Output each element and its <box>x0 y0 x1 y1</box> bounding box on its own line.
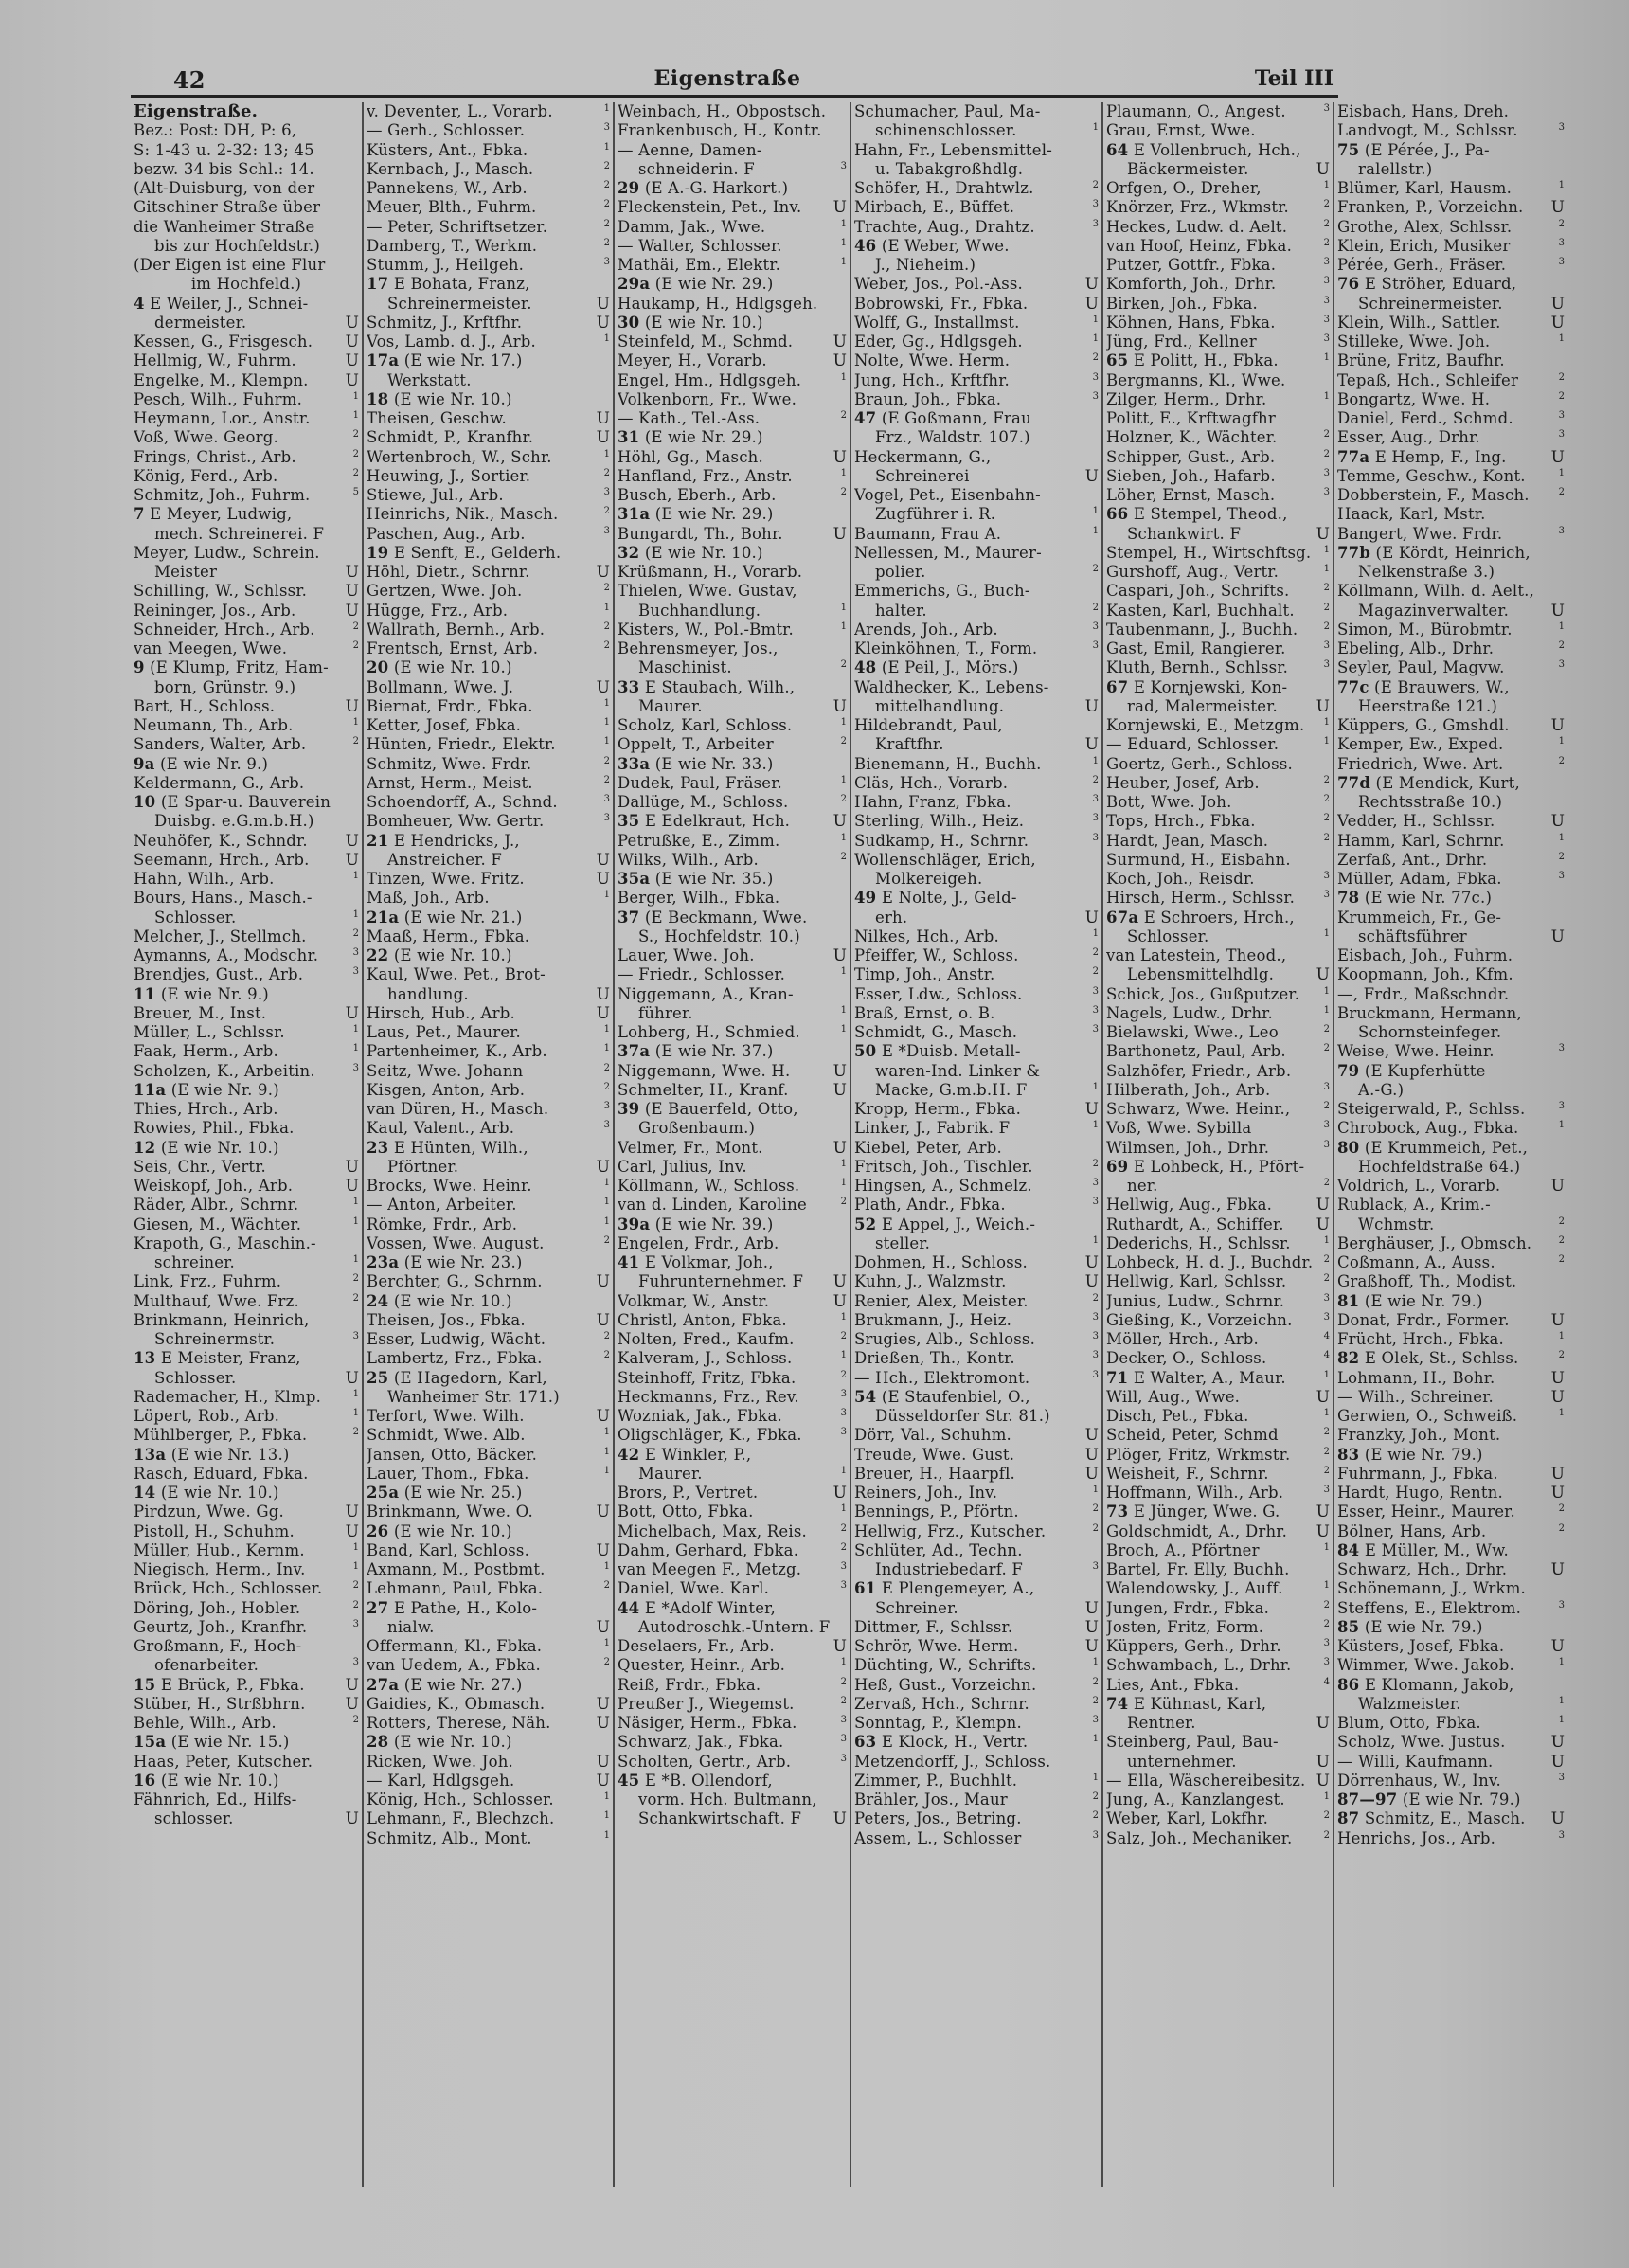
entry-text: 27a (E wie Nr. 27.) <box>367 1676 610 1695</box>
entry-text: S., Hochfeldstr. 10.) <box>618 927 847 946</box>
directory-entry: Eisbach, Hans, Dreh. <box>1337 102 1565 121</box>
directory-entry: Rowies, Phil., Fbka. <box>134 1119 359 1138</box>
directory-entry: ofenarbeiter.3 <box>134 1656 359 1675</box>
directory-entry: — Gerh., Schlosser.3 <box>367 121 610 140</box>
directory-entry: 28 (E wie Nr. 10.) <box>367 1733 610 1752</box>
entry-text: Wolff, G., Installmst. <box>854 314 1085 333</box>
entry-text: Molkereigeh. <box>854 870 1099 889</box>
directory-entry: Buchhandlung.1 <box>618 602 847 621</box>
entry-text: 85 (E wie Nr. 79.) <box>1337 1618 1565 1637</box>
entry-text: (Alt-Duisburg, von der <box>134 179 359 198</box>
directory-entry: — Willi, Kaufmann.U <box>1337 1753 1565 1772</box>
directory-entry: Stiewe, Jul., Arb.3 <box>367 486 610 505</box>
floor-marker: 3 <box>1316 333 1330 346</box>
directory-entry: Fähnrich, Ed., Hilfs- <box>134 1791 359 1809</box>
directory-entry: 17 E Bohata, Franz, <box>367 275 610 294</box>
entry-text: Küppers, Gerh., Drhr. <box>1106 1637 1316 1656</box>
floor-marker: 2 <box>1316 448 1330 461</box>
floor-marker: 1 <box>833 965 847 979</box>
directory-entry: — Hch., Elektromont.3 <box>854 1369 1099 1388</box>
floor-marker: 3 <box>597 121 610 135</box>
directory-entry: Holzner, K., Wächter.2 <box>1106 428 1330 447</box>
floor-marker: 2 <box>1085 946 1099 960</box>
directory-entry: Orfgen, O., Dreher,1 <box>1106 179 1330 198</box>
directory-entry: Hochfeldstraße 64.) <box>1337 1158 1565 1177</box>
directory-entry: Bielawski, Wwe., Leo2 <box>1106 1023 1330 1042</box>
entry-text: 49 E Nolte, J., Geld- <box>854 889 1099 908</box>
entry-text: Mirbach, E., Büffet. <box>854 198 1085 217</box>
directory-entry: Großenbaum.) <box>618 1119 847 1138</box>
directory-entry: 16 (E wie Nr. 10.) <box>134 1772 359 1791</box>
directory-entry: Weber, Karl, Lokfhr.2 <box>1106 1809 1330 1828</box>
directory-entry: Fleckenstein, Pet., Inv.U <box>618 198 847 217</box>
entry-text: Müller, Hub., Kernm. <box>134 1541 346 1560</box>
directory-entry: Politt, E., Krftwagfhr <box>1106 409 1330 428</box>
entry-text: Barthonetz, Paul, Arb. <box>1106 1042 1316 1061</box>
status-marker: U <box>346 832 359 851</box>
directory-entry: Salzhöfer, Friedr., Arb. <box>1106 1062 1330 1081</box>
floor-marker: 1 <box>833 1177 847 1190</box>
entry-text: Jüng, Frd., Kellner <box>1106 333 1316 351</box>
status-marker: U <box>1551 1809 1565 1828</box>
entry-text: Dohmen, H., Schloss. <box>854 1253 1085 1272</box>
entry-text: 12 (E wie Nr. 10.) <box>134 1139 359 1158</box>
entry-text: Zimmer, P., Buchhlt. <box>854 1772 1085 1791</box>
directory-entry: Zugführer i. R.1 <box>854 505 1099 524</box>
entry-text: Duisbg. e.G.m.b.H.) <box>134 812 359 831</box>
directory-entry: Daniel, Wwe. Karl.3 <box>618 1579 847 1598</box>
floor-marker: 3 <box>1551 121 1565 135</box>
directory-entry: Giesen, M., Wächter.1 <box>134 1215 359 1234</box>
floor-marker: 2 <box>1316 621 1330 634</box>
entry-text: Busch, Eberh., Arb. <box>618 486 833 505</box>
entry-text: 29a (E wie Nr. 29.) <box>618 275 847 294</box>
floor-marker: 3 <box>1551 1829 1565 1843</box>
entry-text: — Ella, Wäschereibesitz. <box>1106 1772 1316 1791</box>
directory-entry: Band, Karl, Schloss.U <box>367 1541 610 1560</box>
entry-text: Daniel, Ferd., Schmd. <box>1337 409 1551 428</box>
entry-text: Paschen, Aug., Arb. <box>367 525 597 544</box>
directory-entry: Melcher, J., Stellmch.2 <box>134 927 359 946</box>
entry-text: Kornjewski, E., Metzgm. <box>1106 716 1316 735</box>
entry-text: Haas, Peter, Kutscher. <box>134 1753 359 1772</box>
entry-text: 41 E Volkmar, Joh., <box>618 1253 847 1272</box>
directory-entry: Caspari, Joh., Schrifts.2 <box>1106 582 1330 601</box>
directory-entry: Seis, Chr., Vertr.U <box>134 1158 359 1177</box>
directory-entry: Maaß, Herm., Fbka. <box>367 927 610 946</box>
floor-marker: 2 <box>1551 755 1565 768</box>
status-marker: U <box>597 563 610 582</box>
entry-text: 77d (E Mendick, Kurt, <box>1337 774 1565 793</box>
floor-marker: 2 <box>1551 218 1565 231</box>
status-marker: U <box>346 1809 359 1828</box>
directory-entry: Thielen, Wwe. Gustav, <box>618 582 847 601</box>
directory-entry: Temme, Geschw., Kont.1 <box>1337 467 1565 486</box>
floor-marker: 1 <box>597 1177 610 1190</box>
floor-marker: 1 <box>833 1503 847 1516</box>
directory-entry: Bongartz, Wwe. H.2 <box>1337 390 1565 409</box>
directory-entry: Bez.: Post: DH, P: 6, <box>134 121 359 140</box>
directory-entry: unternehmer.U <box>1106 1753 1330 1772</box>
directory-entry: —, Frdr., Maßschndr. <box>1337 985 1565 1004</box>
floor-marker: 3 <box>597 525 610 538</box>
directory-entry: Stilleke, Wwe. Joh.1 <box>1337 333 1565 351</box>
directory-entry: Hilberath, Joh., Arb.3 <box>1106 1081 1330 1100</box>
directory-entry: Lehmann, Paul, Fbka.2 <box>367 1579 610 1598</box>
directory-entry: Scholz, Karl, Schloss.1 <box>618 716 847 735</box>
directory-entry: Autodroschk.-Untern. F <box>618 1618 847 1637</box>
directory-entry: handlung.U <box>367 985 610 1004</box>
directory-entry: Kemper, Ew., Exped.1 <box>1337 735 1565 754</box>
entry-text: Wchmstr. <box>1337 1215 1551 1234</box>
directory-entry: Goertz, Gerh., Schloss. <box>1106 755 1330 774</box>
directory-entry: A.-G.) <box>1337 1081 1565 1100</box>
entry-text: Wollenschläger, Erich, <box>854 851 1099 870</box>
directory-entry: Köllmann, Wilh. d. Aelt., <box>1337 582 1565 601</box>
entry-text: — Willi, Kaufmann. <box>1337 1753 1551 1772</box>
entry-text: Hellwig, Aug., Fbka. <box>1106 1196 1316 1215</box>
entry-text: Kaul, Valent., Arb. <box>367 1119 597 1138</box>
directory-entry: Chrobock, Aug., Fbka.1 <box>1337 1119 1565 1138</box>
floor-marker: 2 <box>1085 602 1099 615</box>
entry-text: Nelkenstraße 3.) <box>1337 563 1565 582</box>
status-marker: U <box>833 448 847 467</box>
directory-entry: Dudek, Paul, Fräser.1 <box>618 774 847 793</box>
entry-text: Bangert, Wwe. Frdr. <box>1337 525 1551 544</box>
status-marker: U <box>1551 1369 1565 1388</box>
entry-text: Kiebel, Peter, Arb. <box>854 1139 1099 1158</box>
entry-text: 23a (E wie Nr. 23.) <box>367 1253 610 1272</box>
entry-text: Schmitz, Wwe. Frdr. <box>367 755 597 774</box>
directory-entry: 21a (E wie Nr. 21.) <box>367 909 610 927</box>
entry-text: Hochfeldstraße 64.) <box>1337 1158 1565 1177</box>
status-marker: U <box>346 333 359 351</box>
entry-text: Brück, Hch., Schlosser. <box>134 1579 346 1598</box>
entry-text: Koopmann, Joh., Kfm. <box>1337 965 1565 984</box>
directory-entry: 81 (E wie Nr. 79.) <box>1337 1292 1565 1311</box>
floor-marker: 1 <box>346 716 359 729</box>
floor-marker: 2 <box>1551 639 1565 653</box>
floor-marker: 2 <box>597 582 610 595</box>
entry-text: Fleckenstein, Pet., Inv. <box>618 198 833 217</box>
directory-entry: Nilkes, Hch., Arb.1 <box>854 927 1099 946</box>
floor-marker: 3 <box>1551 409 1565 423</box>
entry-text: S: 1-43 u. 2-32: 13; 45 <box>134 141 359 160</box>
directory-entry: Engelen, Frdr., Arb. <box>618 1234 847 1253</box>
directory-entry: Vedder, H., Schlssr.U <box>1337 812 1565 831</box>
entry-text: Steffens, E., Elektrom. <box>1337 1599 1551 1618</box>
entry-text: Wallrath, Bernh., Arb. <box>367 621 597 639</box>
status-marker: U <box>833 351 847 370</box>
directory-entry: Reiners, Joh., Inv.1 <box>854 1484 1099 1503</box>
floor-marker: 2 <box>833 1196 847 1209</box>
entry-text: Schwarz, Hch., Drhr. <box>1337 1560 1551 1579</box>
entry-text: Thies, Hrch., Arb. <box>134 1100 359 1119</box>
directory-entry: v. Deventer, L., Vorarb.1 <box>367 102 610 121</box>
directory-entry: Grau, Ernst, Wwe. <box>1106 121 1330 140</box>
directory-entry: 27 E Pathe, H., Kolo- <box>367 1599 610 1618</box>
entry-text: Kaul, Wwe. Pet., Brot- <box>367 965 610 984</box>
directory-entry: 49 E Nolte, J., Geld- <box>854 889 1099 908</box>
entry-text: Pirdzun, Wwe. Gg. <box>134 1503 346 1521</box>
floor-marker: 2 <box>1316 1042 1330 1055</box>
directory-entry: mech. Schreinerei. F <box>134 525 359 544</box>
directory-entry: Arnst, Herm., Meist.2 <box>367 774 610 793</box>
directory-entry: König, Ferd., Arb.2 <box>134 467 359 486</box>
entry-text: Voß, Wwe. Sybilla <box>1106 1119 1316 1138</box>
entry-text: Theisen, Geschw. <box>367 409 597 428</box>
floor-marker: 1 <box>597 1215 610 1229</box>
status-marker: U <box>833 1809 847 1828</box>
directory-entry: Michelbach, Max, Reis.2 <box>618 1522 847 1541</box>
directory-entry: Bruckmann, Hermann, <box>1337 1004 1565 1023</box>
entry-text: 77b (E Kördt, Heinrich, <box>1337 544 1565 563</box>
directory-entry: Kiebel, Peter, Arb. <box>854 1139 1099 1158</box>
directory-entry: im Hochfeld.) <box>134 275 359 294</box>
directory-entry: Hellwig, Frz., Kutscher.2 <box>854 1522 1099 1541</box>
entry-text: Heß, Gust., Vorzeichn. <box>854 1676 1085 1695</box>
entry-text: van Latestein, Theod., <box>1106 946 1330 965</box>
entry-text: 76 E Ströher, Eduard, <box>1337 275 1565 294</box>
directory-entry: Heuwing, J., Sortier.2 <box>367 467 610 486</box>
floor-marker: 1 <box>597 1042 610 1055</box>
directory-entry: Lehmann, F., Blechzch.1 <box>367 1809 610 1828</box>
directory-entry: 4 E Weiler, J., Schnei- <box>134 295 359 314</box>
directory-entry: Frz., Waldstr. 107.) <box>854 428 1099 447</box>
floor-marker: 1 <box>1316 1791 1330 1804</box>
directory-entry: Scholten, Gertr., Arb.3 <box>618 1753 847 1772</box>
entry-text: Donat, Frdr., Former. <box>1337 1311 1551 1330</box>
floor-marker: 3 <box>1551 1599 1565 1612</box>
directory-entry: 87 Schmitz, E., Masch.U <box>1337 1809 1565 1828</box>
floor-marker: 2 <box>1316 774 1330 787</box>
directory-entry: Hellmig, W., Fuhrm.U <box>134 351 359 370</box>
entry-text: Breuer, H., Haarpfl. <box>854 1465 1085 1484</box>
directory-entry: Bangert, Wwe. Frdr.3 <box>1337 525 1565 544</box>
entry-text: Zugführer i. R. <box>854 505 1085 524</box>
entry-text: Brüne, Fritz, Baufhr. <box>1337 351 1565 370</box>
directory-entry: Müller, L., Schlssr.1 <box>134 1023 359 1042</box>
directory-entry: Kasten, Karl, Buchhalt.2 <box>1106 602 1330 621</box>
status-marker: U <box>1085 1618 1099 1637</box>
directory-entry: Wchmstr.2 <box>1337 1215 1565 1234</box>
status-marker: U <box>346 602 359 621</box>
directory-entry: Faak, Herm., Arb.1 <box>134 1042 359 1061</box>
entry-text: 48 (E Peil, J., Mörs.) <box>854 658 1099 677</box>
floor-marker: 3 <box>1316 639 1330 653</box>
entry-text: Ricken, Wwe. Joh. <box>367 1753 597 1772</box>
directory-entry: Petrußke, E., Zimm.1 <box>618 832 847 851</box>
directory-entry: Höhl, Dietr., Schrnr.U <box>367 563 610 582</box>
entry-text: Rechtsstraße 10.) <box>1337 793 1565 812</box>
entry-text: Bez.: Post: DH, P: 6, <box>134 121 359 140</box>
directory-entry: Schankwirt. FU <box>1106 525 1330 544</box>
column-4: Schumacher, Paul, Ma-schinenschlosser.1H… <box>850 102 1101 2187</box>
floor-marker: 2 <box>1085 1158 1099 1171</box>
directory-entry: Gertzen, Wwe. Joh.2 <box>367 582 610 601</box>
page-header: 42 Eigenstraße Teil III <box>131 59 1324 97</box>
status-marker: U <box>1551 314 1565 333</box>
status-marker: U <box>1551 1177 1565 1196</box>
running-title: Eigenstraße <box>131 66 1324 91</box>
directory-entry: Vos, Lamb. d. J., Arb.1 <box>367 333 610 351</box>
floor-marker: 1 <box>1551 1714 1565 1727</box>
entry-text: Voß, Wwe. Georg. <box>134 428 346 447</box>
scanned-page: 42 Eigenstraße Teil III Eigenstraße.Bez.… <box>0 0 1629 2268</box>
directory-entry: Klein, Erich, Musiker3 <box>1337 237 1565 256</box>
status-marker: U <box>1316 525 1330 544</box>
entry-text: Köllmann, Wilh. d. Aelt., <box>1337 582 1565 601</box>
floor-marker: 1 <box>1085 1081 1099 1094</box>
directory-entry: 42 E Winkler, P., <box>618 1446 847 1465</box>
directory-entry: die Wanheimer Straße <box>134 218 359 237</box>
entry-text: Räder, Albr., Schrnr. <box>134 1196 346 1215</box>
directory-entry: Kaul, Valent., Arb.3 <box>367 1119 610 1138</box>
entry-text: Engel, Hm., Hdlgsgeh. <box>618 371 833 390</box>
entry-text: Assem, L., Schlosser <box>854 1829 1085 1848</box>
floor-marker: 1 <box>1085 1772 1099 1785</box>
directory-entry: Breuer, M., Inst.U <box>134 1004 359 1023</box>
entry-text: Heckmanns, Frz., Rev. <box>618 1388 833 1407</box>
status-marker: U <box>1551 716 1565 735</box>
entry-text: Weise, Wwe. Heinr. <box>1337 1042 1551 1061</box>
directory-entry: schinenschlosser.1 <box>854 121 1099 140</box>
directory-entry: Hahn, Franz, Fbka.3 <box>854 793 1099 812</box>
directory-entry: Offermann, Kl., Fbka.1 <box>367 1637 610 1656</box>
directory-entry: Scheid, Peter, Schmd2 <box>1106 1426 1330 1445</box>
entry-text: Hellwig, Frz., Kutscher. <box>854 1522 1085 1541</box>
directory-entry: Vogel, Pet., Eisenbahn- <box>854 486 1099 505</box>
directory-entry: 39a (E wie Nr. 39.) <box>618 1215 847 1234</box>
entry-text: 35 E Edelkraut, Hch. <box>618 812 833 831</box>
floor-marker: 2 <box>346 1714 359 1727</box>
entry-text: Klein, Erich, Musiker <box>1337 237 1551 256</box>
directory-entry: van Uedem, A., Fbka.2 <box>367 1656 610 1675</box>
entry-text: im Hochfeld.) <box>134 275 359 294</box>
status-marker: U <box>1316 1522 1330 1541</box>
floor-marker: 3 <box>1085 1330 1099 1343</box>
entry-text: Scheid, Peter, Schmd <box>1106 1426 1316 1445</box>
entry-text: Kasten, Karl, Buchhalt. <box>1106 602 1316 621</box>
directory-entry: Niggemann, Wwe. H.U <box>618 1062 847 1081</box>
status-marker: U <box>346 314 359 333</box>
floor-marker: 3 <box>1551 1042 1565 1055</box>
floor-marker: 1 <box>1316 1369 1330 1382</box>
entry-text: Brukmann, J., Heiz. <box>854 1311 1085 1330</box>
floor-marker: 2 <box>597 1081 610 1094</box>
directory-entry: Müller, Hub., Kernm.1 <box>134 1541 359 1560</box>
entry-text: 22 (E wie Nr. 10.) <box>367 946 610 965</box>
entry-text: 21 E Hendricks, J., <box>367 832 610 851</box>
directory-entry: Esser, Aug., Drhr.3 <box>1337 428 1565 447</box>
floor-marker: 1 <box>833 774 847 787</box>
status-marker: U <box>833 1062 847 1081</box>
entry-text: — Aenne, Damen- <box>618 141 847 160</box>
entry-text: Thielen, Wwe. Gustav, <box>618 582 847 601</box>
directory-entry: steller.1 <box>854 1234 1099 1253</box>
status-marker: U <box>1551 1637 1565 1656</box>
directory-entry: 33 E Staubach, Wilh., <box>618 678 847 697</box>
floor-marker: 2 <box>597 755 610 768</box>
directory-entry: Schlosser.1 <box>1106 927 1330 946</box>
status-marker: U <box>1551 1753 1565 1772</box>
floor-marker: 1 <box>833 716 847 729</box>
entry-text: Köllmann, W., Schloss. <box>618 1177 833 1196</box>
floor-marker: 3 <box>1551 256 1565 269</box>
entry-text: Schmidt, P., Kranfhr. <box>367 428 597 447</box>
status-marker: U <box>833 525 847 544</box>
directory-entry: schlosser.U <box>134 1809 359 1828</box>
entry-text: Schornsteinfeger. <box>1337 1023 1565 1042</box>
floor-marker: 3 <box>1551 658 1565 672</box>
floor-marker: 1 <box>1085 1733 1099 1746</box>
entry-text: Hoffmann, Wilh., Arb. <box>1106 1484 1316 1503</box>
directory-entry: Bours, Hans., Masch.- <box>134 889 359 908</box>
directory-entry: rad, Malermeister.U <box>1106 697 1330 716</box>
entry-text: Deselaers, Fr., Arb. <box>618 1637 833 1656</box>
floor-marker: 3 <box>1085 218 1099 231</box>
entry-text: 15 E Brück, P., Fbka. <box>134 1676 346 1695</box>
directory-entry: 76 E Ströher, Eduard, <box>1337 275 1565 294</box>
directory-entry: Tinzen, Wwe. Fritz.U <box>367 870 610 889</box>
directory-entry: van Meegen F., Metzg.3 <box>618 1560 847 1579</box>
entry-text: Brors, P., Vertret. <box>618 1484 833 1503</box>
directory-entry: Möller, Hrch., Arb.4 <box>1106 1330 1330 1349</box>
directory-entry: Wallrath, Bernh., Arb.2 <box>367 621 610 639</box>
entry-text: 17 E Bohata, Franz, <box>367 275 610 294</box>
directory-entry: Lambertz, Frz., Fbka.2 <box>367 1349 610 1368</box>
floor-marker: 2 <box>346 927 359 941</box>
entry-text: Schmitz, J., Krftfhr. <box>367 314 597 333</box>
entry-text: 74 E Kühnast, Karl, <box>1106 1695 1330 1714</box>
entry-text: Buchhandlung. <box>618 602 833 621</box>
floor-marker: 1 <box>1316 544 1330 557</box>
directory-entry: Bart, H., Schloss.U <box>134 697 359 716</box>
entry-text: 7 E Meyer, Ludwig, <box>134 505 359 524</box>
directory-entry: Wilmsen, Joh., Drhr.3 <box>1106 1139 1330 1158</box>
directory-entry: Salz, Joh., Mechaniker.2 <box>1106 1829 1330 1848</box>
directory-entry: Weber, Jos., Pol.-Ass.U <box>854 275 1099 294</box>
directory-entry: Nellessen, M., Maurer- <box>854 544 1099 563</box>
directory-entry: Schmitz, Wwe. Frdr.2 <box>367 755 610 774</box>
floor-marker: 2 <box>1085 1503 1099 1516</box>
entry-text: König, Hch., Schlosser. <box>367 1791 597 1809</box>
entry-text: Gerwien, O., Schweiß. <box>1337 1407 1551 1426</box>
floor-marker: 2 <box>346 467 359 480</box>
floor-marker: 2 <box>833 486 847 499</box>
directory-entry: Kalveram, J., Schloss.1 <box>618 1349 847 1368</box>
entry-text: 77c (E Brauwers, W., <box>1337 678 1565 697</box>
entry-text: Volkenborn, Fr., Wwe. <box>618 390 847 409</box>
entry-text: Schönemann, J., Wrkm. <box>1337 1579 1565 1598</box>
entry-text: Decker, O., Schloss. <box>1106 1349 1316 1368</box>
entry-text: Putzer, Gottfr., Fbka. <box>1106 256 1316 275</box>
directory-entry: MeisterU <box>134 563 359 582</box>
entry-text: Schick, Jos., Gußputzer. <box>1106 985 1316 1004</box>
directory-entry: Maurer.1 <box>618 1465 847 1484</box>
floor-marker: 1 <box>597 1196 610 1209</box>
entry-text: Bergmanns, Kl., Wwe. <box>1106 371 1330 390</box>
entry-text: Melcher, J., Stellmch. <box>134 927 346 946</box>
status-marker: U <box>597 409 610 428</box>
directory-entry: Biernat, Frdr., Fbka.1 <box>367 697 610 716</box>
entry-text: Petrußke, E., Zimm. <box>618 832 833 851</box>
directory-entry: Schilling, W., Schlssr.U <box>134 582 359 601</box>
floor-marker: 3 <box>597 1119 610 1132</box>
entry-text: Tepaß, Hch., Schleifer <box>1337 371 1551 390</box>
directory-entry: Schmidt, G., Masch.3 <box>854 1023 1099 1042</box>
directory-entry: Bott, Otto, Fbka.1 <box>618 1503 847 1521</box>
